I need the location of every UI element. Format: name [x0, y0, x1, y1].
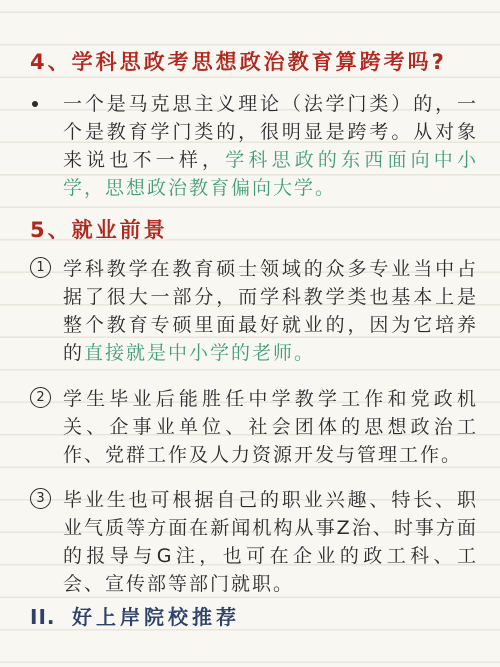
item-2-text-black: 学生毕业后能胜任中学教学工作和党政机关、企事业单位、社会团体的思想政治工作、党群…	[63, 388, 478, 466]
bullet-dot-icon	[32, 101, 38, 107]
circled-number-1-icon: 1	[30, 257, 51, 278]
notes-page: 4、学科思政考思想政治教育算跨考吗? 一个是马克思主义理论（法学门类）的，一个是…	[0, 0, 500, 667]
item-3-marker: 3	[30, 486, 63, 509]
section-2-title-row: II. 好上岸院校推荐	[30, 601, 480, 630]
item-1-text: 学科教学在教育硕士领域的众多专业当中占据了很大一部分，而学科教学类也基本上是整个…	[63, 255, 478, 367]
roman-numeral: II.	[30, 605, 72, 629]
item-3-text-black: 毕业生也可根据自己的职业兴趣、特长、职业气质等方面在新闻机构从事Z治、时事方面的…	[63, 489, 478, 595]
answer-text: 一个是马克思主义理论（法学门类）的，一个是教育学门类的，很明显是跨考。从对象来说…	[63, 90, 478, 202]
section-2-title: 好上岸院校推荐	[72, 601, 240, 630]
question-4-heading: 4、学科思政考思想政治教育算跨考吗?	[30, 46, 480, 76]
employment-item-1: 1 学科教学在教育硕士领域的众多专业当中占据了很大一部分，而学科教学类也基本上是…	[30, 255, 478, 367]
bullet-marker	[30, 90, 63, 107]
section-5-heading: 5、就业前景	[30, 214, 480, 244]
item-3-text: 毕业生也可根据自己的职业兴趣、特长、职业气质等方面在新闻机构从事Z治、时事方面的…	[63, 486, 478, 598]
circled-number-2-icon: 2	[30, 387, 51, 408]
item-1-marker: 1	[30, 255, 63, 278]
question-4-answer: 一个是马克思主义理论（法学门类）的，一个是教育学门类的，很明显是跨考。从对象来说…	[30, 90, 478, 202]
circled-number-3-icon: 3	[30, 488, 51, 509]
item-2-text: 学生毕业后能胜任中学教学工作和党政机关、企事业单位、社会团体的思想政治工作、党群…	[63, 385, 478, 469]
employment-item-2: 2 学生毕业后能胜任中学教学工作和党政机关、企事业单位、社会团体的思想政治工作、…	[30, 385, 478, 469]
item-1-text-green-highlight: 直接就是中小学的老师。	[84, 342, 315, 364]
employment-item-3: 3 毕业生也可根据自己的职业兴趣、特长、职业气质等方面在新闻机构从事Z治、时事方…	[30, 486, 478, 598]
item-2-marker: 2	[30, 385, 63, 408]
